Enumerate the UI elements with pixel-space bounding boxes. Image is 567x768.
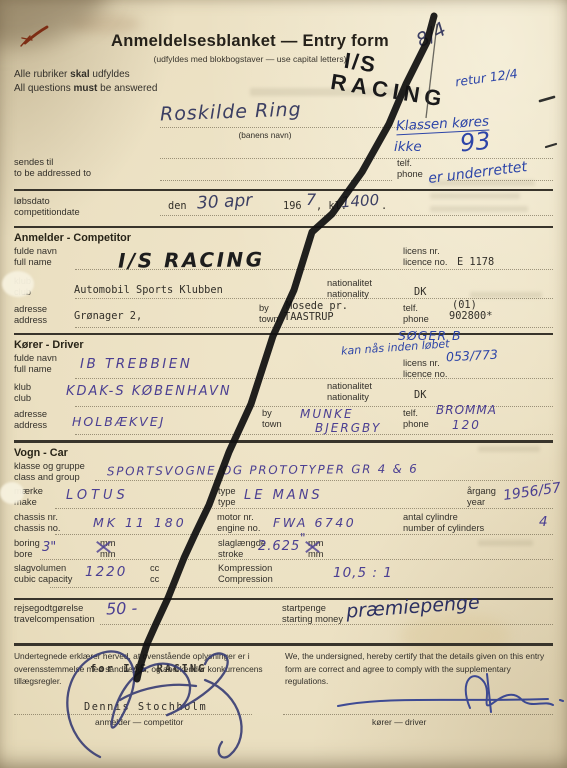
car-heading: Vogn - Car — [14, 447, 68, 459]
competitor-town-label: by town — [259, 303, 279, 325]
engine-label-da: motor nr. — [217, 512, 260, 523]
competition-date-label: løbsdato competitiondate — [14, 196, 80, 218]
bleed-through — [430, 193, 520, 199]
car-year-value: 1956/57 — [502, 480, 562, 504]
phone-label-da: telf. — [397, 158, 423, 169]
bleed-through — [430, 206, 528, 212]
licence-label-en: licence no. — [403, 369, 447, 380]
date-prefix: den — [168, 200, 187, 212]
competitor-name-label: fulde navn full name — [14, 246, 57, 268]
driver-licence-value: 053/773 — [446, 347, 499, 365]
licence-label-da: licens nr. — [403, 246, 447, 257]
compression-label-en: Compression — [218, 574, 273, 585]
engine-label-en: engine no. — [217, 523, 260, 534]
licence-label-en: licence no. — [403, 257, 447, 268]
driver-town-value1: MUNKE — [300, 407, 354, 421]
competitor-address-value: Grønager 2, — [74, 310, 142, 322]
driver-phone-value2: 120 — [452, 418, 481, 432]
nationality-label-da: nationalitet — [327, 381, 372, 392]
track-name-value: Roskilde Ring — [160, 99, 302, 126]
for-club-line: for I/S RACING — [90, 663, 207, 675]
car-stroke-value: 2.625 — [258, 539, 300, 554]
town-label-en: town — [262, 419, 282, 430]
starting-money-label: startpenge starting money — [282, 603, 343, 625]
bleed-through — [478, 540, 533, 546]
phone-label-en: phone — [397, 169, 423, 180]
capacity-unit-label: cc cc — [150, 563, 159, 585]
type-label-da: type — [218, 486, 236, 497]
event-phone-label: telf. phone — [397, 158, 423, 180]
start-label-en: starting money — [282, 614, 343, 625]
car-capacity-value: 1220 — [85, 564, 127, 580]
bore-label-da: boring — [14, 538, 40, 549]
town-label-da: by — [259, 303, 279, 314]
year-label-en: year — [467, 497, 496, 508]
competitor-licence-value: E 1178 — [457, 256, 494, 268]
driver-town-value2: BJERGBY — [315, 421, 381, 435]
driver-nationality-label: nationalitet nationality — [327, 381, 372, 403]
address-label-en: address — [14, 315, 47, 326]
row-line — [75, 298, 553, 299]
driver-phone-value1: BROMMA — [436, 403, 497, 417]
addressed-line2 — [160, 180, 392, 181]
name-label-da: fulde navn — [14, 353, 57, 364]
car-class-value: SPORTSVOGNE OG PROTOTYPER GR 4 & 6 — [107, 462, 419, 479]
edge-dash — [546, 144, 556, 147]
nationality-label-en: nationality — [327, 289, 372, 300]
competitor-heading: Anmelder - Competitor — [14, 232, 131, 244]
chassis-label-en: chassis no. — [14, 523, 61, 534]
class-cancelled-note-line2: ikke — [394, 139, 422, 155]
car-year-label: årgang year — [467, 486, 496, 508]
club-label-da: klub — [14, 382, 31, 393]
driver-note-reach: kan nås inden løbet — [341, 337, 450, 358]
section-rule — [14, 643, 553, 646]
section-rule — [14, 226, 553, 228]
section-rule — [14, 333, 553, 335]
row-line — [75, 434, 553, 435]
class-label-da: klasse og gruppe — [14, 461, 85, 472]
club-label-en: club — [14, 393, 31, 404]
car-type-label: type type — [218, 486, 236, 508]
competitor-nationality-label: nationalitet nationality — [327, 278, 372, 300]
addressed-label-da: sendes til — [14, 157, 91, 168]
competitor-phone-label: telf. phone — [403, 303, 429, 325]
track-name-line — [160, 127, 425, 128]
addressed-to-label: sendes til to be addressed to — [14, 157, 91, 179]
cylinders-label-da: antal cylindre — [403, 512, 484, 523]
address-label-en: address — [14, 420, 47, 431]
car-chassis-label: chassis nr. chassis no. — [14, 512, 61, 534]
row-line — [50, 587, 553, 588]
car-bore-value: 3" — [42, 540, 56, 555]
capacity-label-da: slagvolumen — [14, 563, 72, 574]
driver-licence-label: licens nr. licence no. — [403, 358, 447, 380]
driver-phone-label: telf. phone — [403, 408, 429, 430]
car-class-label: klasse og gruppe class and group — [14, 461, 85, 483]
class-label-en: class and group — [14, 472, 85, 483]
start-label-da: startpenge — [282, 603, 343, 614]
driver-nationality-value: DK — [414, 389, 426, 401]
section-rule — [14, 440, 553, 443]
nationality-label-da: nationalitet — [327, 278, 372, 289]
name-label-en: full name — [14, 364, 57, 375]
date-end: . — [381, 200, 387, 212]
car-engine-label: motor nr. engine no. — [217, 512, 260, 534]
car-compression-label: Kompression Compression — [218, 563, 273, 585]
car-type-value: LE MANS — [244, 488, 323, 503]
competitor-phone-value2: 902800* — [449, 310, 492, 322]
compression-label-da: Kompression — [218, 563, 273, 574]
competitor-name-value: I/S RACING — [118, 247, 265, 272]
car-engine-value: FWA 6740 — [273, 515, 356, 530]
row-line — [40, 559, 553, 560]
driver-town-label: by town — [262, 408, 282, 430]
name-label-en: full name — [14, 257, 57, 268]
address-label-da: adresse — [14, 304, 47, 315]
date-day-value: 30 apr — [197, 191, 253, 214]
name-label-da: fulde navn — [14, 246, 57, 257]
driver-address-label: adresse address — [14, 409, 47, 431]
travel-compensation-value: 50 - — [106, 598, 138, 618]
competitor-address-label: adresse address — [14, 304, 47, 326]
retur-note: retur 12/4 — [454, 66, 518, 90]
phone-label-da: telf. — [403, 408, 429, 419]
signature-line-competitor — [14, 714, 252, 715]
competitor-nationality-value: DK — [414, 286, 426, 298]
car-cylinders-label: antal cylindre number of cylinders — [403, 512, 484, 534]
car-compression-value: 10,5 : 1 — [333, 565, 393, 581]
type-label-en: type — [218, 497, 236, 508]
driver-name-label: fulde navn full name — [14, 353, 57, 375]
competitor-signature-caption: anmelder — competitor — [95, 717, 183, 728]
row-line — [55, 508, 553, 509]
driver-heading: Kører - Driver — [14, 339, 84, 351]
capacity-unit-da: cc — [150, 563, 159, 574]
row-line — [75, 378, 553, 379]
correction-fluid-blob — [2, 271, 34, 297]
signature-line-driver — [283, 714, 553, 715]
car-make-value: LOTUS — [66, 488, 129, 503]
phone-label-da: telf. — [403, 303, 429, 314]
section-rule — [14, 189, 553, 191]
competitor-town-value2: TAASTRUP — [284, 311, 334, 323]
entry-form-page: Anmeldelsesblanket — Entry form (udfylde… — [0, 0, 567, 768]
addressed-line1 — [160, 158, 553, 159]
phone-label-en: phone — [403, 419, 429, 430]
row-line — [95, 480, 553, 481]
date-century: 196 — [283, 200, 302, 212]
nationality-label-en: nationality — [327, 392, 372, 403]
travel-compensation-label: rejsegodtgørelse travelcompensation — [14, 603, 95, 625]
car-capacity-label: slagvolumen cubic capacity — [14, 563, 72, 585]
address-label-da: adresse — [14, 409, 47, 420]
driver-club-value: KDAK-S KØBENHAVN — [66, 384, 232, 399]
date-line — [160, 215, 553, 216]
capacity-unit-en: cc — [150, 574, 159, 585]
licence-label-da: licens nr. — [403, 358, 447, 369]
driver-address-value: HOLBÆKVEJ — [72, 414, 165, 429]
date-label-da: løbsdato — [14, 196, 80, 207]
date-year-digit: 7 — [306, 190, 316, 209]
row-line — [75, 327, 553, 328]
fill-note-english: All questions must be answered — [14, 84, 157, 95]
driver-name-value: IB TREBBIEN — [80, 356, 192, 372]
car-bore-label: boring bore — [14, 538, 40, 560]
driver-signature-caption: kører — driver — [372, 717, 426, 728]
date-time-value: 1400 — [340, 191, 379, 212]
edge-dash — [540, 97, 554, 101]
track-name-caption: (banens navn) — [205, 130, 325, 141]
town-label-da: by — [262, 408, 282, 419]
competitor-licence-label: licens nr. licence no. — [403, 246, 447, 268]
travel-label-da: rejsegodtgørelse — [14, 603, 95, 614]
phone-label-en: phone — [403, 314, 429, 325]
competitor-typed-name: Dennis Stochholm — [84, 701, 207, 713]
year-label-da: årgang — [467, 486, 496, 497]
capacity-label-en: cubic capacity — [14, 574, 72, 585]
declaration-english: We, the undersigned, hereby certify that… — [285, 650, 553, 688]
bore-label-en: bore — [14, 549, 40, 560]
date-label-en: competitiondate — [14, 207, 80, 218]
travel-label-en: travelcompensation — [14, 614, 95, 625]
correction-fluid-blob — [0, 482, 24, 504]
class-note-initials: 93 — [459, 126, 492, 157]
car-cylinders-value: 4 — [539, 514, 548, 530]
town-label-en: town — [259, 314, 279, 325]
chassis-label-da: chassis nr. — [14, 512, 61, 523]
addressed-label-en: to be addressed to — [14, 168, 91, 179]
car-chassis-value: MK 11 180 — [93, 515, 187, 530]
bleed-through — [478, 446, 540, 452]
driver-club-label: klub club — [14, 382, 31, 404]
fill-note-danish: Alle rubriker skal udfyldes — [14, 70, 130, 81]
cylinders-label-en: number of cylinders — [403, 523, 484, 534]
competitor-club-value: Automobil Sports Klubben — [74, 284, 223, 296]
stroke-ditto-mark: " — [300, 531, 306, 545]
